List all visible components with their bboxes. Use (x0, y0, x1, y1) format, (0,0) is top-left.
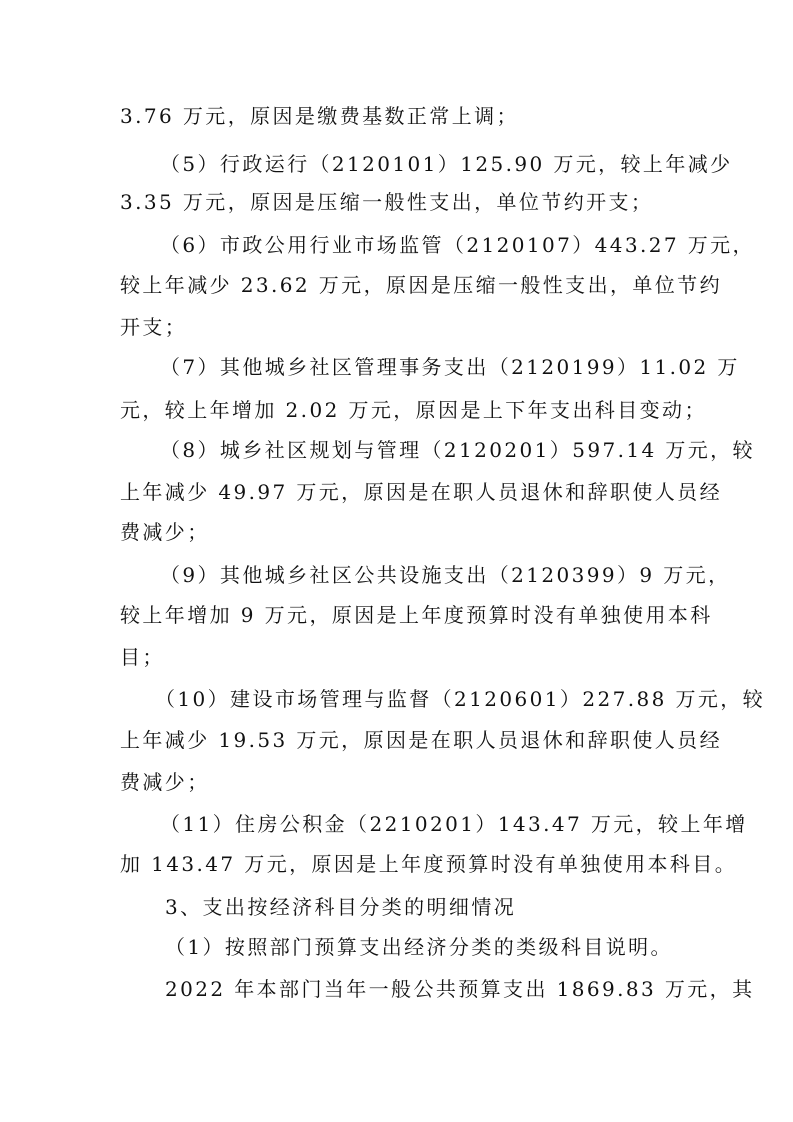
text-line: 目； (120, 645, 165, 669)
text-line: 上年减少 19.53 万元，原因是在职人员退休和辞职使人员经 (120, 728, 722, 752)
text-line: 3.76 万元，原因是缴费基数正常上调； (120, 104, 519, 128)
text-line: （11）住房公积金（2210201）143.47 万元，较上年增 (160, 812, 748, 836)
text-line: 开支； (120, 315, 187, 339)
text-line: 元，较上年增加 2.02 万元，原因是上下年支出科目变动； (120, 398, 707, 422)
text-line: 3.35 万元，原因是压缩一般性支出，单位节约开支； (120, 190, 653, 214)
text-line: （6）市政公用行业市场监管（2120107）443.27 万元， (160, 233, 755, 257)
document-page: 3.76 万元，原因是缴费基数正常上调； （5）行政运行（2120101）125… (0, 0, 793, 1122)
text-line: 费减少； (120, 770, 210, 794)
text-line: （10）建设市场管理与监督（2120601）227.88 万元，较 (155, 687, 765, 711)
text-line: 较上年增加 9 万元，原因是上年度预算时没有单独使用本科 (120, 603, 713, 627)
text-line: 2022 年本部门当年一般公共预算支出 1869.83 万元，其 (165, 977, 754, 1001)
text-line: （5）行政运行（2120101）125.90 万元，较上年减少 (160, 152, 733, 176)
text-line: 费减少； (120, 520, 210, 544)
text-line: 较上年减少 23.62 万元，原因是压缩一般性支出，单位节约 (120, 273, 722, 297)
subsection-heading: （1）按照部门预算支出经济分类的类级科目说明。 (165, 935, 673, 959)
text-line: （7）其他城乡社区管理事务支出（2120199）11.02 万 (160, 355, 740, 379)
section-heading: 3、支出按经济科目分类的明细情况 (165, 895, 516, 919)
text-line: 加 143.47 万元，原因是上年度预算时没有单独使用本科目。 (120, 852, 737, 876)
text-line: （9）其他城乡社区公共设施支出（2120399）9 万元， (160, 563, 730, 587)
text-line: （8）城乡社区规划与管理（2120201）597.14 万元，较 (160, 438, 755, 462)
text-line: 上年减少 49.97 万元，原因是在职人员退休和辞职使人员经 (120, 480, 722, 504)
